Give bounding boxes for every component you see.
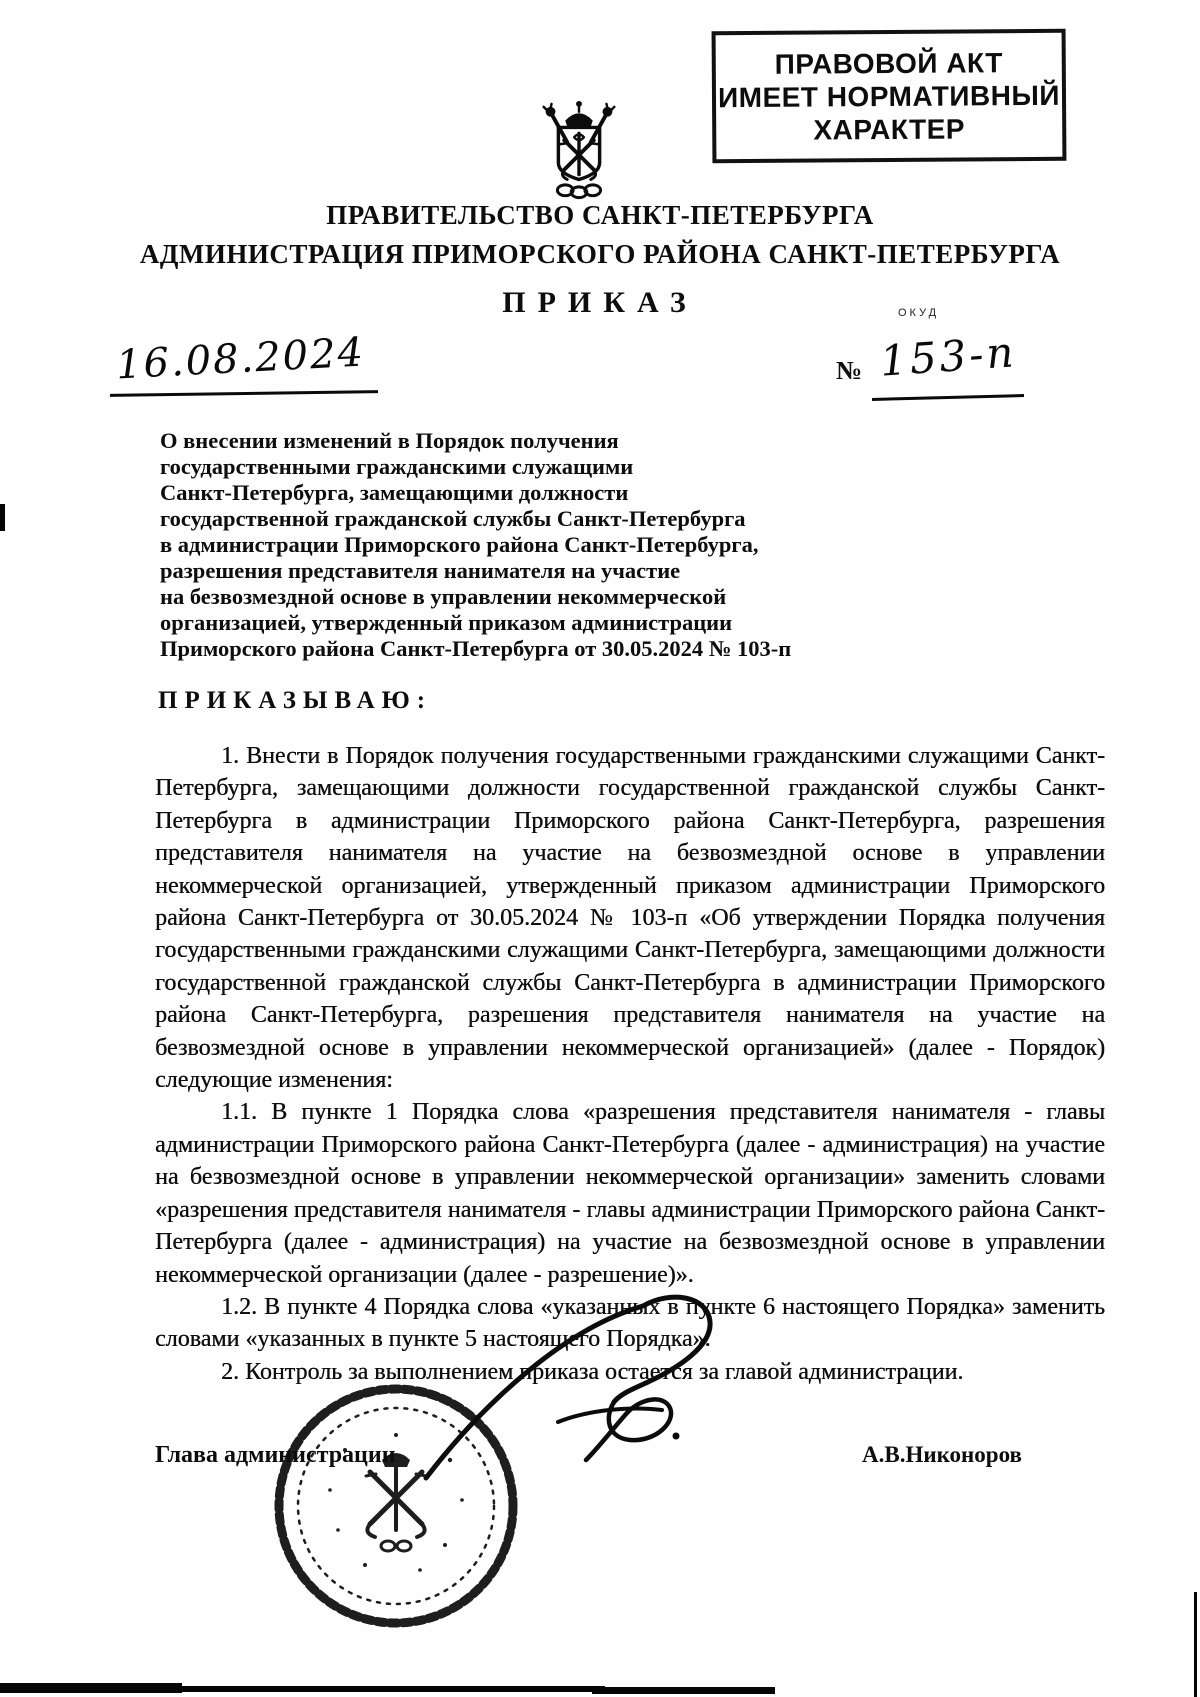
stamp-line-2: ИМЕЕТ НОРМАТИВНЫЙ: [718, 78, 1060, 113]
number-sign: №: [836, 356, 862, 386]
title-line: государственной гражданской службы Санкт…: [160, 506, 860, 532]
scan-artifact-line: [0, 1683, 182, 1693]
scan-artifact-mark: [0, 504, 5, 531]
order-title: О внесении изменений в Порядок получения…: [160, 428, 860, 662]
scan-artifact-edge: [1194, 1592, 1197, 1697]
prikazyvayu-heading: ПРИКАЗЫВАЮ:: [158, 687, 432, 715]
document-type-title: ПРИКАЗ: [25, 286, 1175, 320]
round-seal-stamp: [270, 1380, 522, 1632]
title-line: в администрации Приморского района Санкт…: [160, 532, 860, 558]
title-line: О внесении изменений в Порядок получения: [160, 428, 860, 454]
body-paragraph-1: 1. Внести в Порядок получения государств…: [155, 740, 1105, 1096]
handwritten-number: 153-п: [878, 327, 1017, 385]
okud-label: ОКУД: [898, 307, 939, 319]
title-line: на безвозмездной основе в управлении нек…: [160, 584, 860, 610]
stamp-line-3: ХАРАКТЕР: [813, 112, 965, 146]
body-paragraph-1-1: 1.1. В пункте 1 Порядка слова «разрешени…: [155, 1096, 1105, 1290]
normative-act-stamp: ПРАВОВОЙ АКТ ИМЕЕТ НОРМАТИВНЫЙ ХАРАКТЕР: [712, 29, 1067, 163]
signatory-name: А.В.Никоноров: [862, 1442, 1022, 1468]
handwritten-date: 16.08.2024: [115, 330, 366, 389]
government-title: ПРАВИТЕЛЬСТВО САНКТ-ПЕТЕРБУРГА: [25, 200, 1175, 231]
spb-coat-of-arms-icon: [515, 98, 643, 206]
title-line: Приморского района Санкт-Петербурга от 3…: [160, 636, 860, 662]
number-underline: [872, 394, 1024, 401]
date-underline: [110, 390, 378, 397]
document-page: ПРАВОВОЙ АКТ ИМЕЕТ НОРМАТИВНЫЙ ХАРАКТЕР: [0, 0, 1200, 1697]
stamp-line-1: ПРАВОВОЙ АКТ: [775, 46, 1003, 81]
administration-title: АДМИНИСТРАЦИЯ ПРИМОРСКОГО РАЙОНА САНКТ-П…: [25, 239, 1175, 270]
title-line: государственными гражданскими служащими: [160, 454, 860, 480]
title-line: Санкт-Петербурга, замещающими должности: [160, 480, 860, 506]
title-line: разрешения представителя нанимателя на у…: [160, 558, 860, 584]
title-line: организацией, утвержденный приказом адми…: [160, 610, 860, 636]
scan-artifact-line: [592, 1687, 775, 1694]
scan-artifact-line: [170, 1686, 605, 1692]
